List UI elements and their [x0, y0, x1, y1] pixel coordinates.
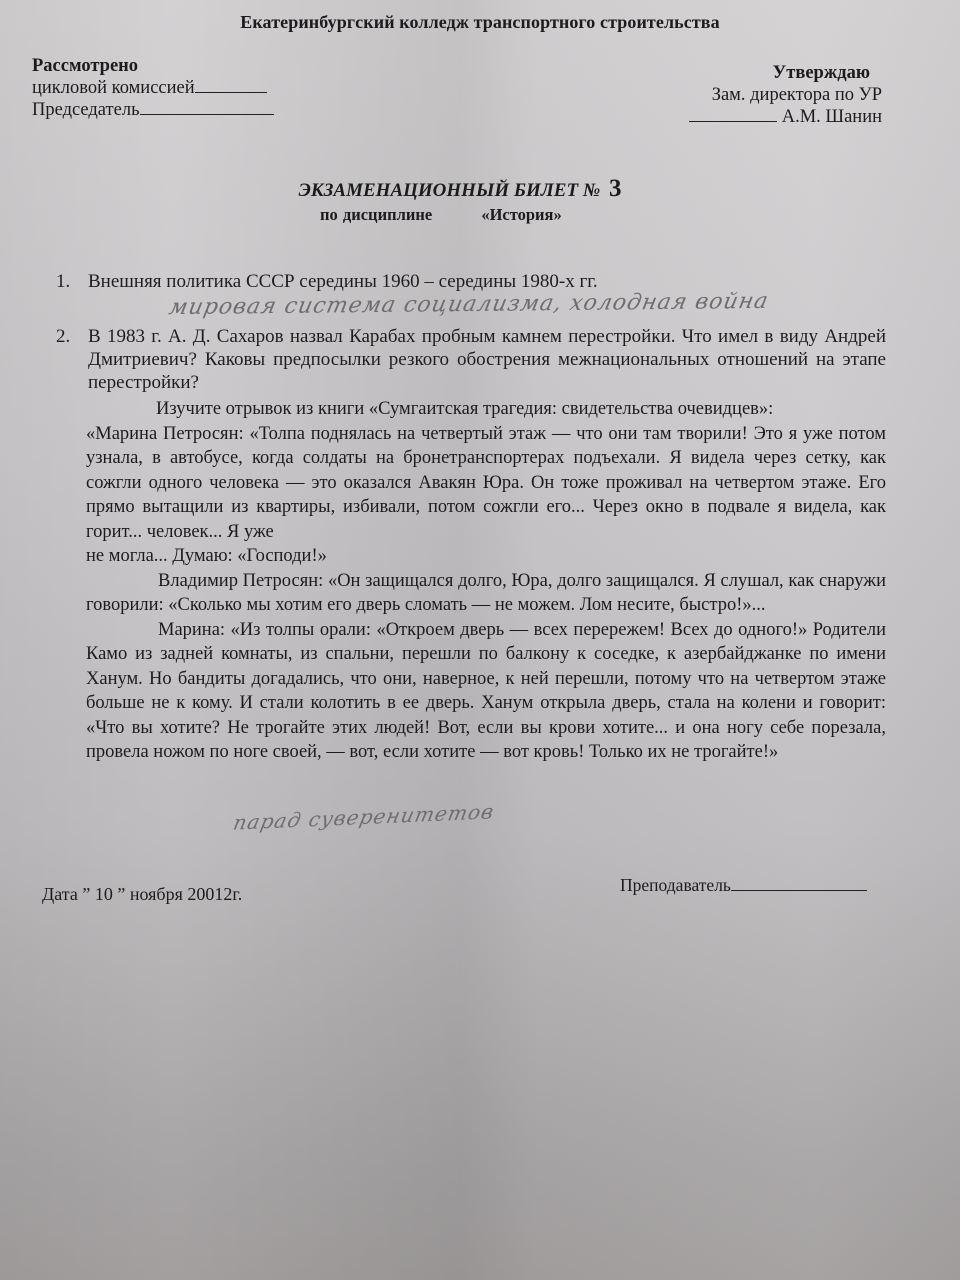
- discipline-label: по дисциплине: [320, 205, 432, 224]
- ticket-number: 3: [609, 175, 622, 202]
- signature-line: [731, 875, 867, 891]
- chairman-label: Председатель: [32, 100, 140, 120]
- signature-line: [689, 106, 777, 122]
- discipline-name: «История»: [481, 205, 561, 224]
- excerpt-paragraph: Владимир Петросян: «Он защищался долго, …: [86, 569, 886, 618]
- approval-heading: Утверждаю: [689, 62, 882, 84]
- question-1: 1.Внешняя политика СССР середины 1960 – …: [56, 270, 598, 293]
- excerpt-paragraph: не могла... Думаю: «Господи!»: [86, 544, 886, 569]
- excerpt-paragraph: «Марина Петросян: «Толпа поднялась на че…: [86, 422, 886, 545]
- date-line: Дата ” 10 ” ноября 20012г.: [42, 884, 242, 905]
- signer-line: А.М. Шанин: [689, 106, 882, 128]
- college-name: Екатеринбургский колледж транспортного с…: [0, 12, 960, 33]
- excerpt-paragraph: Марина: «Из толпы орали: «Откроем дверь …: [86, 618, 886, 765]
- question-text: Внешняя политика СССР середины 1960 – се…: [88, 271, 598, 292]
- signature-line: [195, 77, 267, 93]
- teacher-line: Преподаватель: [620, 875, 867, 896]
- reviewed-block: Рассмотрено цикловой комиссией Председат…: [32, 55, 274, 121]
- excerpt-intro: Изучите отрывок из книги «Сумгаитская тр…: [86, 397, 886, 422]
- handwritten-note-1: мировая система социализма, холодная вой…: [167, 289, 771, 320]
- teacher-label: Преподаватель: [620, 875, 731, 895]
- source-excerpt: Изучите отрывок из книги «Сумгаитская тр…: [86, 397, 886, 765]
- commission-line: цикловой комиссией: [32, 77, 274, 99]
- approval-block: Утверждаю Зам. директора по УР А.М. Шани…: [689, 62, 882, 128]
- question-2: 2. В 1983 г. А. Д. Сахаров назвал Караба…: [56, 325, 886, 394]
- reviewed-heading: Рассмотрено: [32, 55, 274, 77]
- question-text: В 1983 г. А. Д. Сахаров назвал Карабах п…: [88, 325, 886, 394]
- deputy-director-label: Зам. директора по УР: [689, 84, 882, 106]
- question-number: 1.: [56, 270, 88, 293]
- question-number: 2.: [56, 325, 88, 394]
- chairman-line: Председатель: [32, 99, 274, 121]
- commission-label: цикловой комиссией: [32, 78, 195, 98]
- ticket-title: ЭКЗАМЕНАЦИОННЫЙ БИЛЕТ № 3: [0, 175, 920, 203]
- ticket-title-text: ЭКЗАМЕНАЦИОННЫЙ БИЛЕТ №: [299, 180, 601, 201]
- signature-line: [140, 99, 274, 115]
- signer-name: А.М. Шанин: [782, 107, 882, 127]
- discipline-line: по дисциплине «История»: [320, 205, 562, 225]
- handwritten-note-2: парад суверенитетов: [231, 799, 496, 834]
- exam-ticket-page: Екатеринбургский колледж транспортного с…: [0, 0, 960, 1280]
